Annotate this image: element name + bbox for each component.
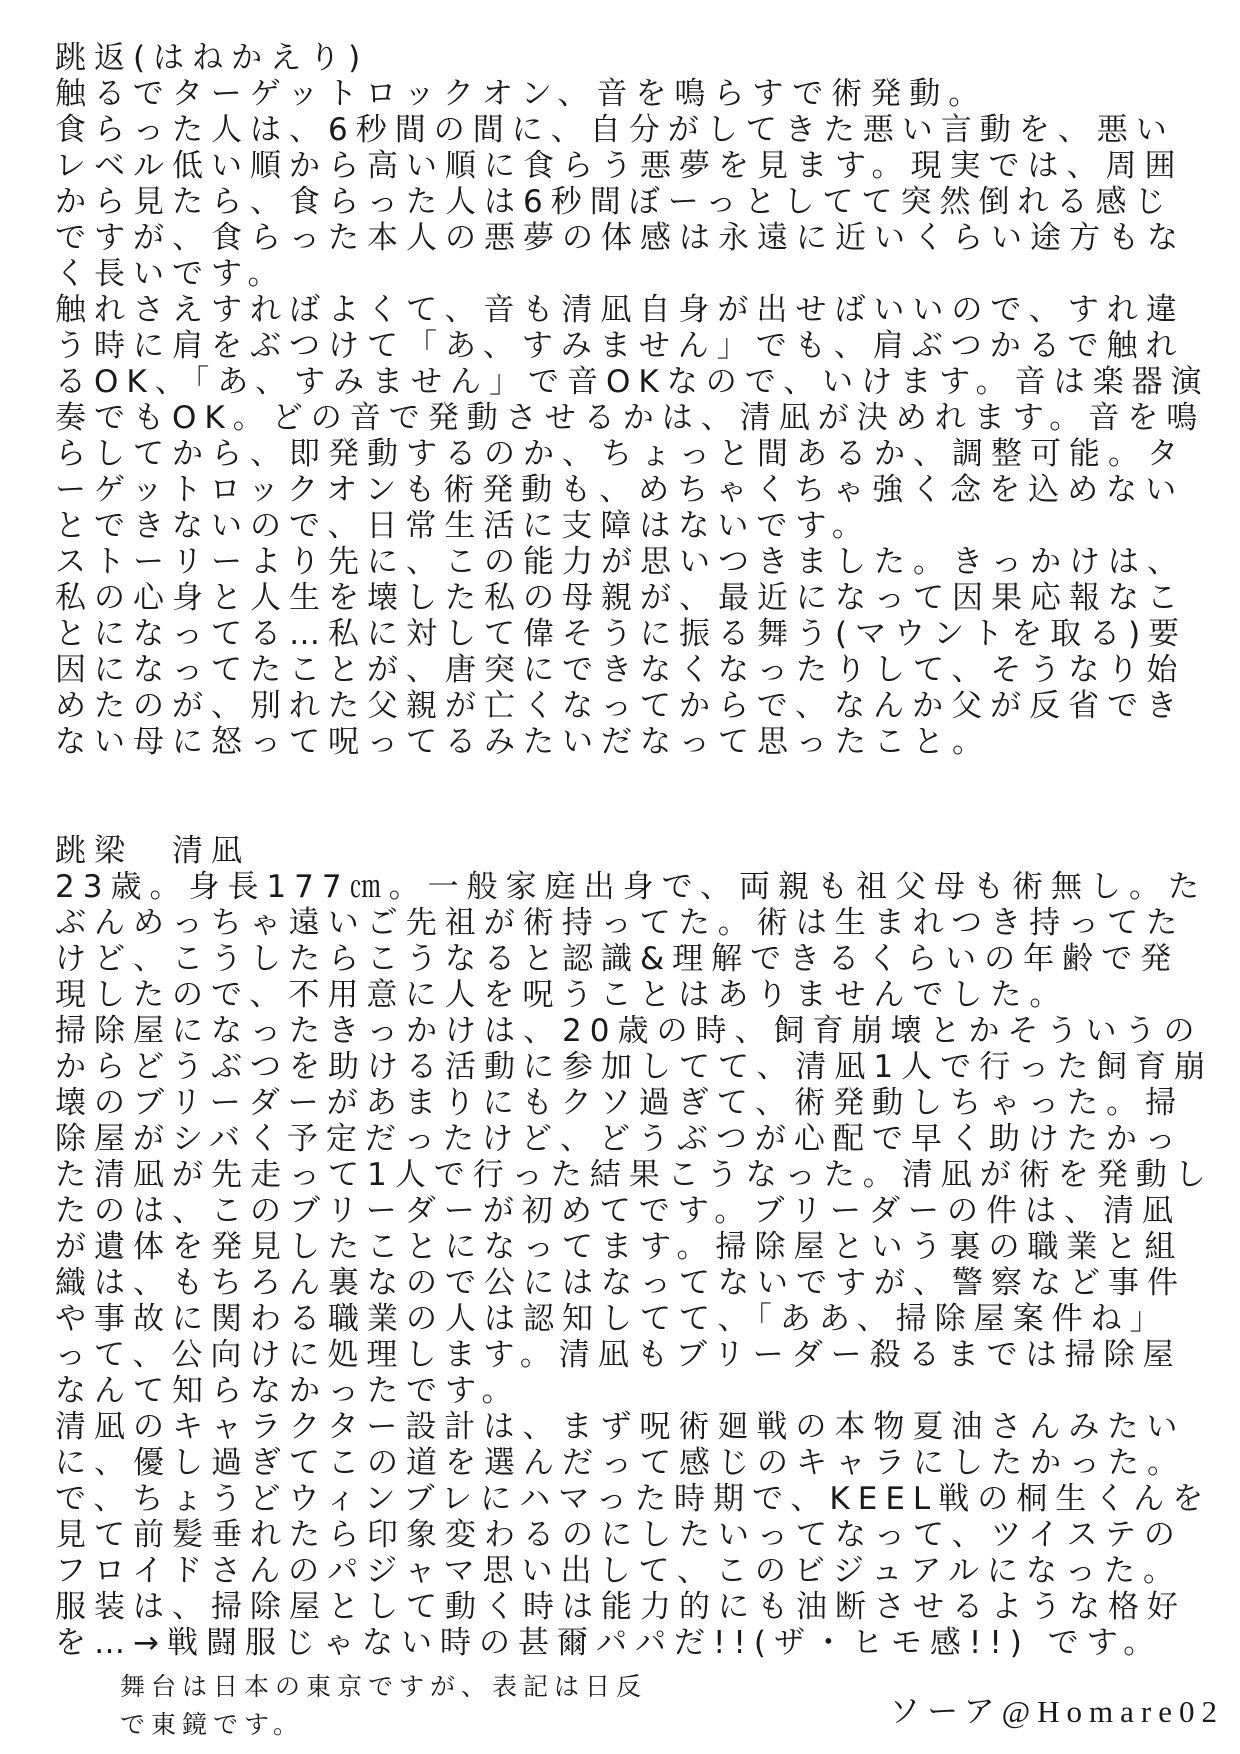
text-line: 服装は、掃除屋として動く時は能力的にも油断させるような格好 (55, 1589, 1210, 1625)
text-line: レベル低い順から高い順に食らう悪夢を見ます。現実では、周囲 (55, 148, 1210, 184)
text-line: ない母に怒って呪ってるみたいだなって思ったこと。 (55, 724, 1210, 760)
text-line: ですが、食らった本人の悪夢の体感は永遠に近いくらい途方もな (55, 220, 1210, 256)
text-line: けど、こうしたらこうなると認識&理解できるくらいの年齢で発 (55, 941, 1210, 977)
text-line: とできないので、日常生活に支障はないです。 (55, 508, 1210, 544)
text-line: フロイドさんのパジャマ思い出して、このビジュアルになった。 (55, 1553, 1210, 1589)
footer-note: 舞台は日本の東京ですが、表記は日反で東鏡です。 (120, 1668, 647, 1744)
text-line: 現したので、不用意に人を呪うことはありませんでした。 (55, 977, 1210, 1013)
text-line: 織は、もちろん裏なので公にはなってないですが、警察など事件 (55, 1265, 1210, 1301)
artist-signature: ソーア@Homare02 (889, 1686, 1224, 1731)
text-line: から見たら、食らった人は6秒間ぼーっとしてて突然倒れる感じ (55, 184, 1210, 220)
text-line: ストーリーより先に、この能力が思いつきました。きっかけは、 (55, 544, 1210, 580)
text-line: ぶんめっちゃ遠いご先祖が術持ってた。術は生まれつき持ってた (55, 905, 1210, 941)
text-line: 私の心身と人生を壊した私の母親が、最近になって因果応報なこ (55, 580, 1210, 616)
text-line: た清凪が先走って1人で行った結果こうなった。清凪が術を発動し (55, 1157, 1210, 1193)
text-line: 跳梁 清凪 (55, 833, 1210, 869)
text-line: 跳返(はねかえり) (55, 40, 1210, 76)
text-line: で東鏡です。 (120, 1706, 647, 1744)
text-line: らしてから、即発動するのか、ちょっと間あるか、調整可能。タ (55, 436, 1210, 472)
text-line: 奏でもOK。どの音で発動させるかは、清凪が決めれます。音を鳴 (55, 400, 1210, 436)
text-line: く長いです。 (55, 256, 1210, 292)
text-line: 因になってたことが、唐突にできなくなったりして、そうなり始 (55, 652, 1210, 688)
text-line: とになってる…私に対して偉そうに振る舞う(マウントを取る)要 (55, 616, 1210, 652)
text-line: 触るでターゲットロックオン、音を鳴らすで術発動。 (55, 76, 1210, 112)
text-line: 除屋がシバく予定だったけど、どうぶつが心配で早く助けたかっ (55, 1121, 1210, 1157)
text-line: 触れさえすればよくて、音も清凪自身が出せばいいので、すれ違 (55, 292, 1210, 328)
section-character-profile: 跳梁 清凪23歳。身長177㎝。一般家庭出身で、両親も祖父母も術無し。たぶんめっ… (55, 833, 1210, 1661)
text-line: 23歳。身長177㎝。一般家庭出身で、両親も祖父母も術無し。た (55, 869, 1210, 905)
text-line: 清凪のキャラクター設計は、まず呪術廻戦の本物夏油さんみたい (55, 1409, 1210, 1445)
text-line: 掃除屋になったきっかけは、20歳の時、飼育崩壊とかそういうの (55, 1013, 1210, 1049)
body-text: 跳返(はねかえり)触るでターゲットロックオン、音を鳴らすで術発動。食らった人は、… (55, 40, 1210, 1661)
text-line: 壊のブリーダーがあまりにもクソ過ぎて、術発動しちゃった。掃 (55, 1085, 1210, 1121)
text-line: 舞台は日本の東京ですが、表記は日反 (120, 1668, 647, 1706)
text-line: が遺体を発見したことになってます。掃除屋という裏の職業と組 (55, 1229, 1210, 1265)
text-line: なんて知らなかったです。 (55, 1373, 1210, 1409)
text-line: って、公向けに処理します。清凪もブリーダー殺るまでは掃除屋 (55, 1337, 1210, 1373)
text-line: を…→戦闘服じゃない時の甚爾パパだ!!(ザ・ヒモ感!!) です。 (55, 1625, 1210, 1661)
text-line: 見て前髪垂れたら印象変わるのにしたいってなって、ツイステの (55, 1517, 1210, 1553)
text-line: や事故に関わる職業の人は認知してて、「ああ、掃除屋案件ね」 (55, 1301, 1210, 1337)
section-ability-notes: 跳返(はねかえり)触るでターゲットロックオン、音を鳴らすで術発動。食らった人は、… (55, 40, 1210, 760)
text-line: ーゲットロックオンも術発動も、めちゃくちゃ強く念を込めない (55, 472, 1210, 508)
text-line: 食らった人は、6秒間の間に、自分がしてきた悪い言動を、悪い (55, 112, 1210, 148)
text-line: めたのが、別れた父親が亡くなってからで、なんか父が反省でき (55, 688, 1210, 724)
text-line: う時に肩をぶつけて「あ、すみません」でも、肩ぶつかるで触れ (55, 328, 1210, 364)
text-line: に、優し過ぎてこの道を選んだって感じのキャラにしたかった。 (55, 1445, 1210, 1481)
text-line: からどうぶつを助ける活動に参加してて、清凪1人で行った飼育崩 (55, 1049, 1210, 1085)
text-line: たのは、このブリーダーが初めてです。ブリーダーの件は、清凪 (55, 1193, 1210, 1229)
document-page: 跳返(はねかえり)触るでターゲットロックオン、音を鳴らすで術発動。食らった人は、… (0, 0, 1240, 1754)
text-line: るOK、「あ、すみません」で音OKなので、いけます。音は楽器演 (55, 364, 1210, 400)
text-line: で、ちょうどウィンブレにハマった時期で、KEEL戦の桐生くんを (55, 1481, 1210, 1517)
